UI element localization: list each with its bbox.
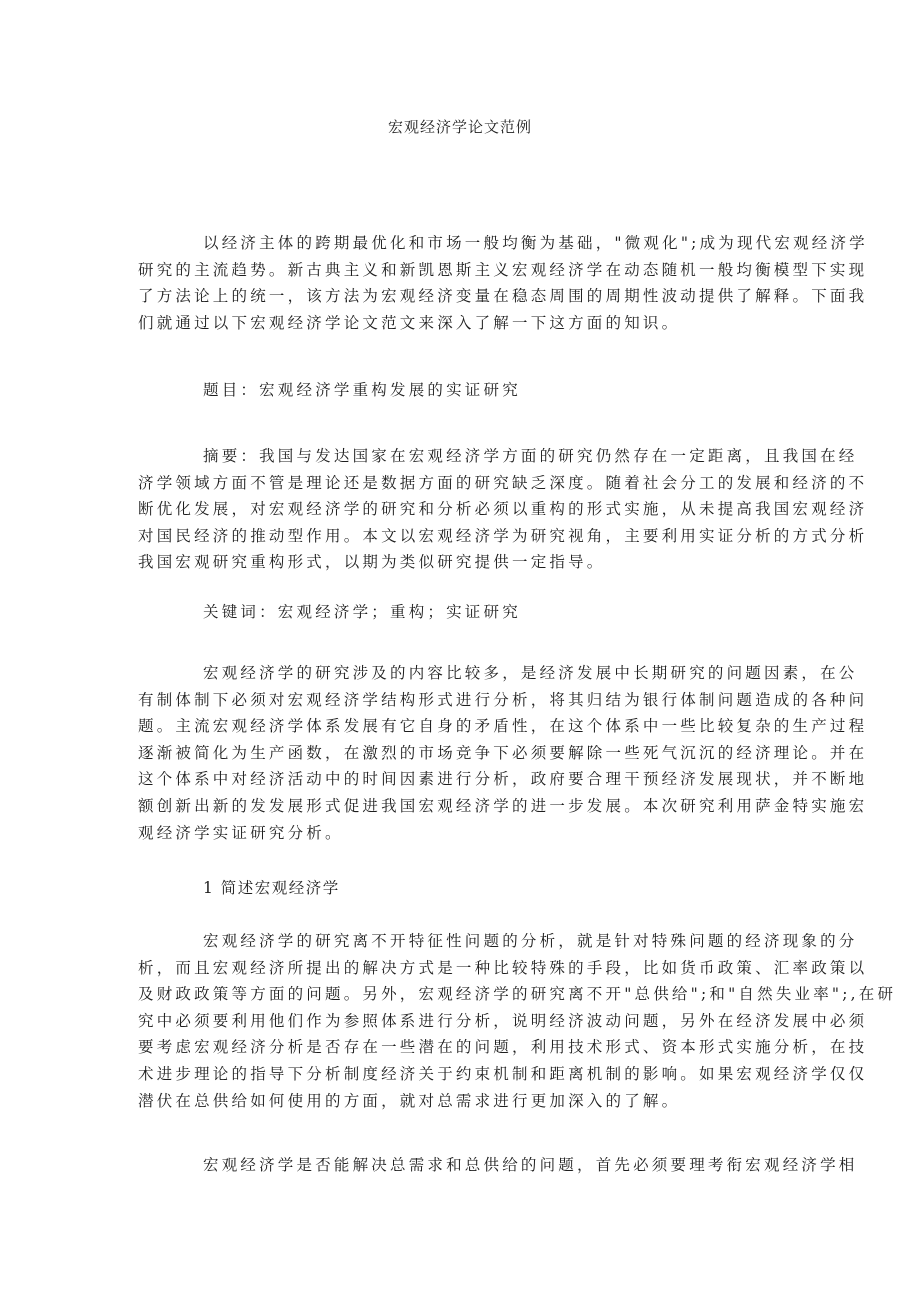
abstract-line-2: 济学领域方面不管是理论还是数据方面的研究缺乏深度。随着社会分工的发展和经济的不 [138,470,774,497]
body1-line-2: 有制体制下必须对宏观经济学结构形式进行分析，将其归结为银行体制问题造成的各种问 [138,687,774,714]
body1-line-5: 这个体系中对经济活动中的时间因素进行分析，政府要合理干预经济发展现状，并不断地 [138,766,774,793]
body2-line-5: 要考虑宏观经济分析是否存在一些潜在的问题，利用技术形式、资本形式实施分析，在技 [138,1034,774,1061]
keywords-paragraph: 关键词：宏观经济学；重构；实证研究 [138,599,774,626]
body-paragraph-2: 宏观经济学的研究离不开特征性问题的分析，就是针对特殊问题的经济现象的分 析，而且… [138,928,774,1114]
body-paragraph-1: 宏观经济学的研究涉及的内容比较多，是经济发展中长期研究的问题因素，在公 有制体制… [138,660,774,846]
body2-line-6: 术进步理论的指导下分析制度经济关于约束机制和距离机制的影响。如果宏观经济学仅仅 [138,1061,774,1088]
body3-line-1: 宏观经济学是否能解决总需求和总供给的问题，首先必须要理考衔宏观经济学相 [138,1152,774,1179]
abstract-line-5: 我国宏观研究重构形式，以期为类似研究提供一定指导。 [138,549,774,576]
body2-line-3: 及财政政策等方面的问题。另外，宏观经济学的研究离不开"总供给";和"自然失业率"… [138,981,774,1008]
body2-line-4: 究中必须要利用他们作为参照体系进行分析，说明经济波动问题，另外在经济发展中必须 [138,1008,774,1035]
section-heading: 1 简述宏观经济学 [138,875,774,902]
keywords: 关键词：宏观经济学；重构；实证研究 [138,599,774,626]
abstract-paragraph: 摘要：我国与发达国家在宏观经济学方面的研究仍然存在一定距离，且我国在经 济学领域… [138,443,774,576]
abstract-line-1: 摘要：我国与发达国家在宏观经济学方面的研究仍然存在一定距离，且我国在经 [138,443,774,470]
body1-line-4: 逐渐被简化为生产函数，在激烈的市场竞争下必须要解除一些死气沉沉的经济理论。并在 [138,740,774,767]
paper-title-paragraph: 题目：宏观经济学重构发展的实证研究 [138,377,774,404]
body1-line-7: 观经济学实证研究分析。 [138,820,774,847]
document-page: 宏观经济学论文范例 以经济主体的跨期最优化和市场一般均衡为基础，"微观化";成为… [0,0,920,1302]
section-heading-paragraph: 1 简述宏观经济学 [138,875,774,902]
intro-line-3: 了方法论上的统一，该方法为宏观经济变量在稳态周围的周期性波动提供了解释。下面我 [138,283,774,310]
intro-paragraph: 以经济主体的跨期最优化和市场一般均衡为基础，"微观化";成为现代宏观经济学 研究… [138,230,774,336]
body1-line-6: 额创新出新的发发展形式促进我国宏观经济学的进一步发展。本次研究利用萨金特实施宏 [138,793,774,820]
body-paragraph-3: 宏观经济学是否能解决总需求和总供给的问题，首先必须要理考衔宏观经济学相 [138,1152,774,1179]
document-title: 宏观经济学论文范例 [0,116,920,138]
abstract-line-4: 对国民经济的推动型作用。本文以宏观经济学为研究视角，主要利用实证分析的方式分析 [138,523,774,550]
body2-line-2: 析，而且宏观经济所提出的解决方式是一种比较特殊的手段，比如货币政策、汇率政策以 [138,955,774,982]
intro-line-1: 以经济主体的跨期最优化和市场一般均衡为基础，"微观化";成为现代宏观经济学 [138,230,774,257]
body1-line-1: 宏观经济学的研究涉及的内容比较多，是经济发展中长期研究的问题因素，在公 [138,660,774,687]
body2-line-1: 宏观经济学的研究离不开特征性问题的分析，就是针对特殊问题的经济现象的分 [138,928,774,955]
intro-line-2: 研究的主流趋势。新古典主义和新凯恩斯主义宏观经济学在动态随机一般均衡模型下实现 [138,257,774,284]
paper-title: 题目：宏观经济学重构发展的实证研究 [138,377,774,404]
intro-line-4: 们就通过以下宏观经济学论文范文来深入了解一下这方面的知识。 [138,310,774,337]
abstract-line-3: 断优化发展，对宏观经济学的研究和分析必须以重构的形式实施，从未提高我国宏观经济 [138,496,774,523]
body1-line-3: 题。主流宏观经济学体系发展有它自身的矛盾性，在这个体系中一些比较复杂的生产过程 [138,713,774,740]
body2-line-7: 潜伏在总供给如何使用的方面，就对总需求进行更加深入的了解。 [138,1088,774,1115]
